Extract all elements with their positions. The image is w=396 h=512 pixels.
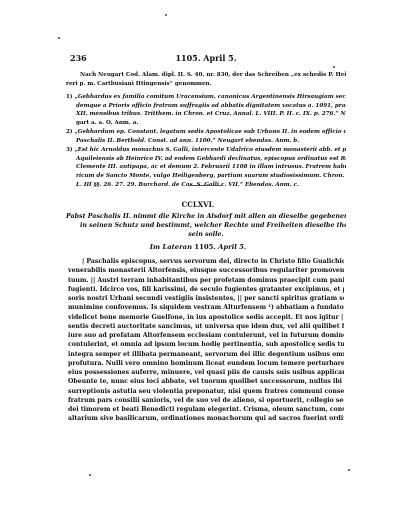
footnote-text: „Gebhardum ep. Constant. legatum sedis A… xyxy=(75,129,347,135)
document-summary: Pabst Paschalis II. nimmt die Kirche in … xyxy=(66,212,346,240)
body-line: contulerint, et omnia ad ipsum locum hod… xyxy=(68,340,344,349)
body-line: | Paschalis episcopus, servus servorum d… xyxy=(68,257,344,266)
summary-line: in seinen Schutz und bestimmt, welcher R… xyxy=(66,221,346,230)
body-line: venerabilis monasterii Altorfensis, eius… xyxy=(68,266,344,275)
scan-speck xyxy=(58,37,60,39)
scan-speck xyxy=(165,14,167,16)
footnote-2: 2) „Gebhardum ep. Constant. legatum sedi… xyxy=(66,128,346,145)
body-line: fugienti. Idcirco vos, fili karissimi, d… xyxy=(68,285,344,294)
footnote-line: 3) „Est hic Arnoldus monachus S. Galli, … xyxy=(66,146,346,155)
body-line: sentis decreti auctoritate sancimus, ut … xyxy=(68,322,344,331)
footnote-line: Paschalis II. Berthold. Const. ad ann. 1… xyxy=(66,137,346,146)
body-line: fratrum pars consilii sanioris, vel de s… xyxy=(68,396,344,405)
body-line: eius possessiones auferre, minuere, vel … xyxy=(68,368,344,377)
body-line: munimine confovemus. Is siquidem vestram… xyxy=(68,303,344,312)
body-line: altarium sive basilicarum, ordinationes … xyxy=(68,414,344,423)
footnote-text: „Est hic Arnoldus monachus S. Galli, int… xyxy=(75,147,347,153)
footnote-1: 1) „Gebhardus ex familia comitum Uracens… xyxy=(66,93,346,128)
source-note-line: Nach Neugart Cod. Alam. dipl. II. S. 40.… xyxy=(66,71,346,80)
footnote-line: Clemente III. antipapa, ac et demum 2. F… xyxy=(66,163,346,172)
body-line: surreptionis astutia seu violentia prepo… xyxy=(68,387,344,396)
footnote-marker: 3) xyxy=(66,147,73,153)
footnote-3: 3) „Est hic Arnoldus monachus S. Galli, … xyxy=(66,146,346,189)
footnote-line: Aquileiensis ab Heinrico IV. ad eodem Ge… xyxy=(66,155,346,164)
scan-speck xyxy=(348,469,350,471)
body-line: dei timorem et beati Benedicti regulam e… xyxy=(68,405,344,414)
body-line: integra semper et illibata permaneant, s… xyxy=(68,350,344,359)
body-line: tuum. || Austri terram inhabitantibus pe… xyxy=(68,276,344,285)
body-line: iure suo ad prefatam Altorfensem ecclesi… xyxy=(68,331,344,340)
section-divider xyxy=(188,185,222,186)
footnote-line: demque a Prioris officio fratrum suffrag… xyxy=(66,102,346,111)
body-line: videlicet bone memorie Guelfone, in ius … xyxy=(68,313,344,322)
document-number: CCLXVI. xyxy=(0,200,396,209)
page-header: 236 1105. April 5. xyxy=(68,53,344,63)
scan-speck xyxy=(89,474,91,476)
dateline: Im Lateran 1105. April 5. xyxy=(0,243,396,251)
footnote-line: ricum de Sancto Monte, vulgo Heiligenber… xyxy=(66,172,346,181)
footnote-line: gart a. a. O. Anm. a. xyxy=(66,119,346,128)
summary-line: sein solle. xyxy=(66,230,346,239)
running-title: 1105. April 5. xyxy=(68,53,344,63)
body-line: soris nostri Urbani secundi vestigiis in… xyxy=(68,294,344,303)
footnote-marker: 1) xyxy=(66,94,73,100)
scan-speck xyxy=(333,66,335,68)
scanned-page: 236 1105. April 5. Nach Neugart Cod. Ala… xyxy=(0,0,396,512)
summary-line: Pabst Paschalis II. nimmt die Kirche in … xyxy=(66,212,346,221)
dateline-year: 1105. xyxy=(194,243,215,251)
source-note: Nach Neugart Cod. Alam. dipl. II. S. 40.… xyxy=(66,71,346,88)
document-body: | Paschalis episcopus, servus servorum d… xyxy=(68,257,344,424)
body-line: profutura. Nulli vero omnino hominum lic… xyxy=(68,359,344,368)
body-line: Obeunte te, nunc eius loci abbate, vel t… xyxy=(68,377,344,386)
dateline-day: April 5. xyxy=(218,243,246,251)
footnote-text: „Gebhardus ex familia comitum Uracensium… xyxy=(75,94,347,100)
footnote-marker: 2) xyxy=(66,129,73,135)
footnote-line: 2) „Gebhardum ep. Constant. legatum sedi… xyxy=(66,128,346,137)
source-note-line: reri p. m. Cartbusiani Ittingensis“ geno… xyxy=(66,80,346,89)
footnote-line: 1) „Gebhardus ex familia comitum Uracens… xyxy=(66,93,346,102)
footnote-line: XII, mensibus tribus. Tritthem. in Chron… xyxy=(66,110,346,119)
dateline-place: Im Lateran xyxy=(150,243,192,251)
